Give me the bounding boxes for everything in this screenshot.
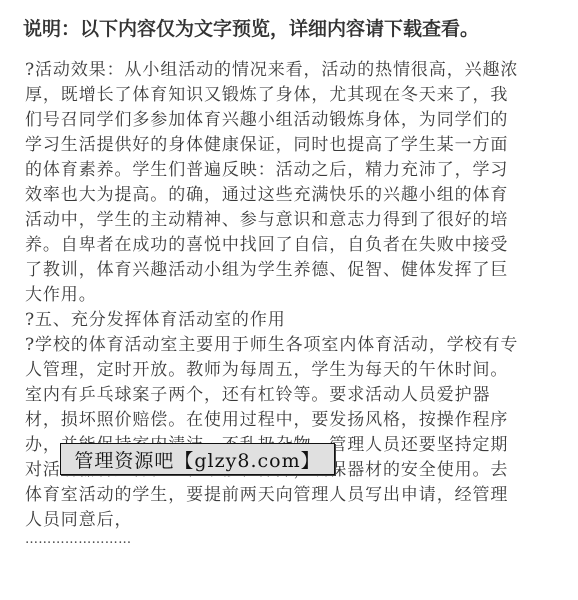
text-line: 养。自卑者在成功的喜悦中找回了自信，自负者在失败中接受 <box>25 233 555 258</box>
text-line: ?活动效果：从小组活动的情况来看，活动的热情很高，兴趣浓 <box>25 58 555 83</box>
document-body: ?活动效果：从小组活动的情况来看，活动的热情很高，兴趣浓 厚，既增长了体育知识又… <box>25 58 555 552</box>
text-line: 效率也大为提高。的确，通过这些充满快乐的兴趣小组的体育 <box>25 183 555 208</box>
section-heading: ?五、充分发挥体育活动室的作用 <box>25 308 555 333</box>
text-line: 们号召同学们多参加体育兴趣小组活动锻炼身体，为同学们的 <box>25 108 555 133</box>
text-line: 材，损坏照价赔偿。在使用过程中，要发扬风格，按操作程序 <box>25 408 555 433</box>
text-line: 厚，既增长了体育知识又锻炼了身体，尤其现在冬天来了，我 <box>25 83 555 108</box>
text-line: 大作用。 <box>25 283 555 308</box>
text-line: 了教训，体育兴趣活动小组为学生养德、促智、健体发挥了巨 <box>25 258 555 283</box>
preview-notice: 说明：以下内容仅为文字预览，详细内容请下载查看。 <box>23 14 479 41</box>
text-line: ?学校的体育活动室主要用于师生各项室内体育活动，学校有专 <box>25 333 555 358</box>
text-line: 人管理，定时开放。教师为每周五，学生为每天的午休时间。 <box>25 358 555 383</box>
text-line: 室内有乒乓球案子两个，还有杠铃等。要求活动人员爱护器 <box>25 383 555 408</box>
truncation-ellipsis: …………………… <box>25 527 555 552</box>
text-line: 学习生活提供好的身体健康保证，同时也提高了学生某一方面 <box>25 133 555 158</box>
text-line: 活动中，学生的主动精神、参与意识和意志力得到了很好的培 <box>25 208 555 233</box>
watermark-text: 管理资源吧【glzy8.com】 <box>74 446 320 473</box>
text-line: 体育室活动的学生，要提前两天向管理人员写出申请，经管理 <box>25 483 555 508</box>
watermark-banner: 管理资源吧【glzy8.com】 <box>60 443 335 475</box>
text-line: 的体育素养。学生们普遍反映：活动之后，精力充沛了，学习 <box>25 158 555 183</box>
